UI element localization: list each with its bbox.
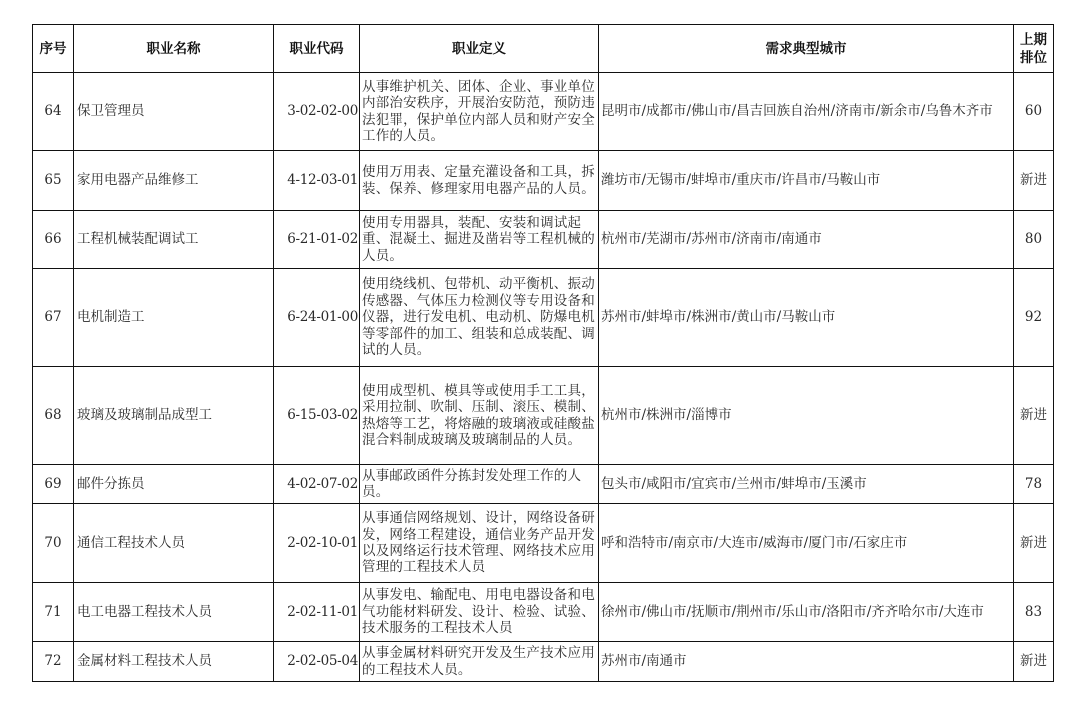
header-no: 序号 [33,25,74,73]
cell-code: 3-02-02-00 [274,73,360,151]
cell-name: 保卫管理员 [74,73,274,151]
cell-cities: 杭州市/芜湖市/苏州市/济南市/南通市 [599,211,1014,269]
cell-no: 68 [33,367,74,465]
table-row: 72 金属材料工程技术人员 2-02-05-04 从事金属材料研究开发及生产技术… [33,642,1054,682]
header-name: 职业名称 [74,25,274,73]
table-header-row: 序号 职业名称 职业代码 职业定义 需求典型城市 上期排位 [33,25,1054,73]
cell-code: 2-02-05-04 [274,642,360,682]
cell-no: 69 [33,465,74,504]
cell-prev-rank: 92 [1014,269,1054,367]
cell-no: 67 [33,269,74,367]
cell-name: 电工电器工程技术人员 [74,583,274,642]
cell-definition: 使用万用表、定量充灌设备和工具，拆装、保养、修理家用电器产品的人员。 [360,151,599,211]
table-row: 70 通信工程技术人员 2-02-10-01 从事通信网络规划、设计，网络设备研… [33,504,1054,583]
cell-cities: 包头市/咸阳市/宜宾市/兰州市/蚌埠市/玉溪市 [599,465,1014,504]
cell-no: 72 [33,642,74,682]
table-row: 67 电机制造工 6-24-01-00 使用绕线机、包带机、动平衡机、振动传感器… [33,269,1054,367]
cell-definition: 从事维护机关、团体、企业、事业单位内部治安秩序，开展治安防范，预防违法犯罪，保护… [360,73,599,151]
occupation-table: 序号 职业名称 职业代码 职业定义 需求典型城市 上期排位 64 保卫管理员 3… [32,24,1054,682]
cell-code: 2-02-11-01 [274,583,360,642]
cell-prev-rank: 78 [1014,465,1054,504]
cell-name: 玻璃及玻璃制品成型工 [74,367,274,465]
cell-cities: 潍坊市/无锡市/蚌埠市/重庆市/许昌市/马鞍山市 [599,151,1014,211]
cell-no: 71 [33,583,74,642]
cell-prev-rank: 60 [1014,73,1054,151]
table-row: 65 家用电器产品维修工 4-12-03-01 使用万用表、定量充灌设备和工具，… [33,151,1054,211]
cell-definition: 从事发电、输配电、用电电器设备和电气功能材料研发、设计、检验、试验、技术服务的工… [360,583,599,642]
cell-definition: 从事通信网络规划、设计，网络设备研发，网络工程建设，通信业务产品开发以及网络运行… [360,504,599,583]
cell-cities: 呼和浩特市/南京市/大连市/威海市/厦门市/石家庄市 [599,504,1014,583]
cell-name: 电机制造工 [74,269,274,367]
cell-definition: 使用绕线机、包带机、动平衡机、振动传感器、气体压力检测仪等专用设备和仪器，进行发… [360,269,599,367]
cell-prev-rank: 83 [1014,583,1054,642]
cell-prev-rank: 新进 [1014,151,1054,211]
cell-no: 64 [33,73,74,151]
table-row: 68 玻璃及玻璃制品成型工 6-15-03-02 使用成型机、模具等或使用手工工… [33,367,1054,465]
cell-no: 65 [33,151,74,211]
cell-code: 4-12-03-01 [274,151,360,211]
cell-definition: 使用成型机、模具等或使用手工工具，采用拉制、吹制、压制、滚压、模制、热熔等工艺，… [360,367,599,465]
cell-name: 邮件分拣员 [74,465,274,504]
table-row: 64 保卫管理员 3-02-02-00 从事维护机关、团体、企业、事业单位内部治… [33,73,1054,151]
cell-cities: 徐州市/佛山市/抚顺市/荆州市/乐山市/洛阳市/齐齐哈尔市/大连市 [599,583,1014,642]
cell-definition: 从事邮政函件分拣封发处理工作的人员。 [360,465,599,504]
cell-definition: 使用专用器具，装配、安装和调试起重、混凝土、掘进及凿岩等工程机械的人员。 [360,211,599,269]
cell-name: 工程机械装配调试工 [74,211,274,269]
table-row: 66 工程机械装配调试工 6-21-01-02 使用专用器具，装配、安装和调试起… [33,211,1054,269]
header-prev-rank: 上期排位 [1014,25,1054,73]
header-definition: 职业定义 [360,25,599,73]
cell-cities: 苏州市/南通市 [599,642,1014,682]
cell-code: 6-24-01-00 [274,269,360,367]
cell-prev-rank: 新进 [1014,642,1054,682]
cell-no: 66 [33,211,74,269]
header-code: 职业代码 [274,25,360,73]
cell-prev-rank: 80 [1014,211,1054,269]
cell-code: 6-21-01-02 [274,211,360,269]
cell-cities: 苏州市/蚌埠市/株洲市/黄山市/马鞍山市 [599,269,1014,367]
cell-prev-rank: 新进 [1014,504,1054,583]
cell-cities: 杭州市/株洲市/淄博市 [599,367,1014,465]
cell-cities: 昆明市/成都市/佛山市/昌吉回族自治州/济南市/新余市/乌鲁木齐市 [599,73,1014,151]
header-cities: 需求典型城市 [599,25,1014,73]
table-row: 69 邮件分拣员 4-02-07-02 从事邮政函件分拣封发处理工作的人员。 包… [33,465,1054,504]
cell-no: 70 [33,504,74,583]
cell-code: 4-02-07-02 [274,465,360,504]
table-row: 71 电工电器工程技术人员 2-02-11-01 从事发电、输配电、用电电器设备… [33,583,1054,642]
cell-name: 家用电器产品维修工 [74,151,274,211]
cell-prev-rank: 新进 [1014,367,1054,465]
cell-code: 6-15-03-02 [274,367,360,465]
cell-name: 通信工程技术人员 [74,504,274,583]
cell-code: 2-02-10-01 [274,504,360,583]
cell-definition: 从事金属材料研究开发及生产技术应用的工程技术人员。 [360,642,599,682]
cell-name: 金属材料工程技术人员 [74,642,274,682]
